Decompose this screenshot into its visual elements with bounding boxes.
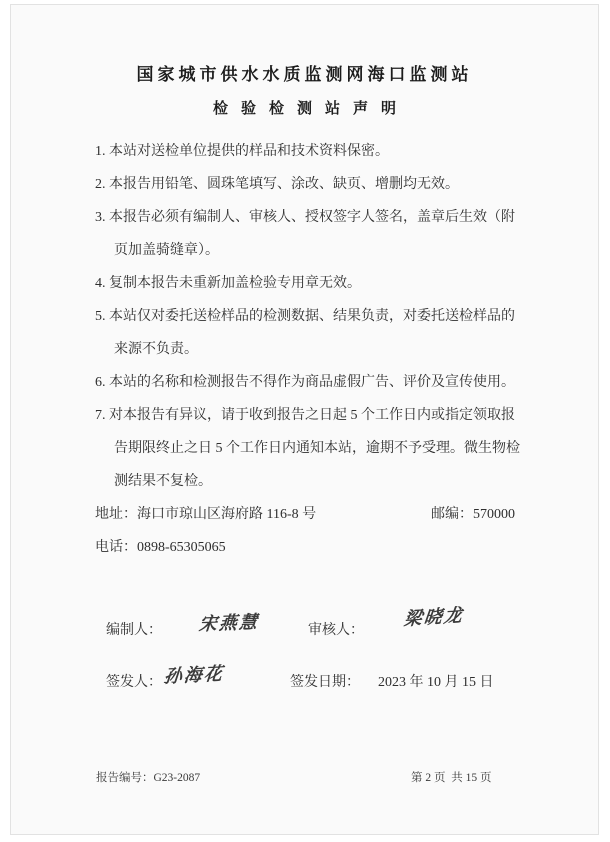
issuer-signature: 孙海花: [163, 659, 225, 688]
notice-item-number: 2.: [95, 177, 109, 192]
phone-label: 电话：: [95, 540, 137, 555]
issuer-label: 签发人：: [106, 671, 162, 691]
notice-item-number: 4.: [95, 276, 109, 291]
notice-item: 1. 本站对送检单位提供的样品和技术资料保密。: [95, 135, 557, 168]
report-number-value: G23-2087: [154, 772, 201, 784]
notice-item-number: 7.: [95, 408, 109, 423]
notice-item: 3. 本报告必须有编制人、审核人、授权签字人签名，盖章后生效（附页加盖骑缝章）。: [95, 201, 557, 267]
document-page: 国家城市供水水质监测网海口监测站 检验检测站声明 1. 本站对送检单位提供的样品…: [10, 4, 599, 835]
notice-section: 1. 本站对送检单位提供的样品和技术资料保密。2. 本报告用铅笔、圆珠笔填写、涂…: [95, 135, 557, 564]
notice-list: 1. 本站对送检单位提供的样品和技术资料保密。2. 本报告用铅笔、圆珠笔填写、涂…: [95, 135, 557, 498]
address-label: 地址：: [95, 507, 137, 522]
notice-item: 4. 复制本报告未重新加盖检验专用章无效。: [95, 267, 557, 300]
notice-item: 2. 本报告用铅笔、圆珠笔填写、涂改、缺页、增删均无效。: [95, 168, 557, 201]
postcode: 邮编：570000: [431, 498, 515, 531]
preparer-label: 编制人：: [106, 619, 162, 639]
address-line: 地址：海口市琼山区海府路 116-8 号 邮编：570000: [95, 498, 557, 531]
report-number: 报告编号：G23-2087: [96, 769, 200, 785]
notice-item-number: 6.: [95, 375, 109, 390]
reviewer-label: 审核人：: [308, 619, 364, 639]
postcode-value: 570000: [473, 507, 515, 522]
document-subtitle: 检验检测站声明: [11, 97, 598, 118]
document-title: 国家城市供水水质监测网海口监测站: [11, 60, 598, 85]
reviewer-signature: 梁晓龙: [403, 601, 466, 631]
notice-item-number: 1.: [95, 144, 109, 159]
notice-item: 7. 对本报告有异议，请于收到报告之日起 5 个工作日内或指定领取报告期限终止之…: [95, 399, 557, 498]
address-value: 海口市琼山区海府路 116-8 号: [137, 507, 316, 522]
notice-item: 6. 本站的名称和检测报告不得作为商品虚假广告、评价及宣传使用。: [95, 366, 557, 399]
postcode-label: 邮编：: [431, 507, 473, 522]
phone-value: 0898-65305065: [137, 540, 226, 555]
issue-date-label: 签发日期：: [290, 671, 360, 691]
notice-item-number: 3.: [95, 210, 109, 225]
report-number-label: 报告编号：: [96, 772, 154, 784]
issue-date-value: 2023 年 10 月 15 日: [378, 671, 494, 691]
notice-item-number: 5.: [95, 309, 109, 324]
notice-item: 5. 本站仅对委托送检样品的检测数据、结果负责，对委托送检样品的来源不负责。: [95, 300, 557, 366]
phone-line: 电话：0898-65305065: [95, 531, 557, 564]
page-indicator: 第 2 页 共 15 页: [411, 769, 492, 785]
preparer-signature: 宋燕慧: [198, 608, 260, 636]
